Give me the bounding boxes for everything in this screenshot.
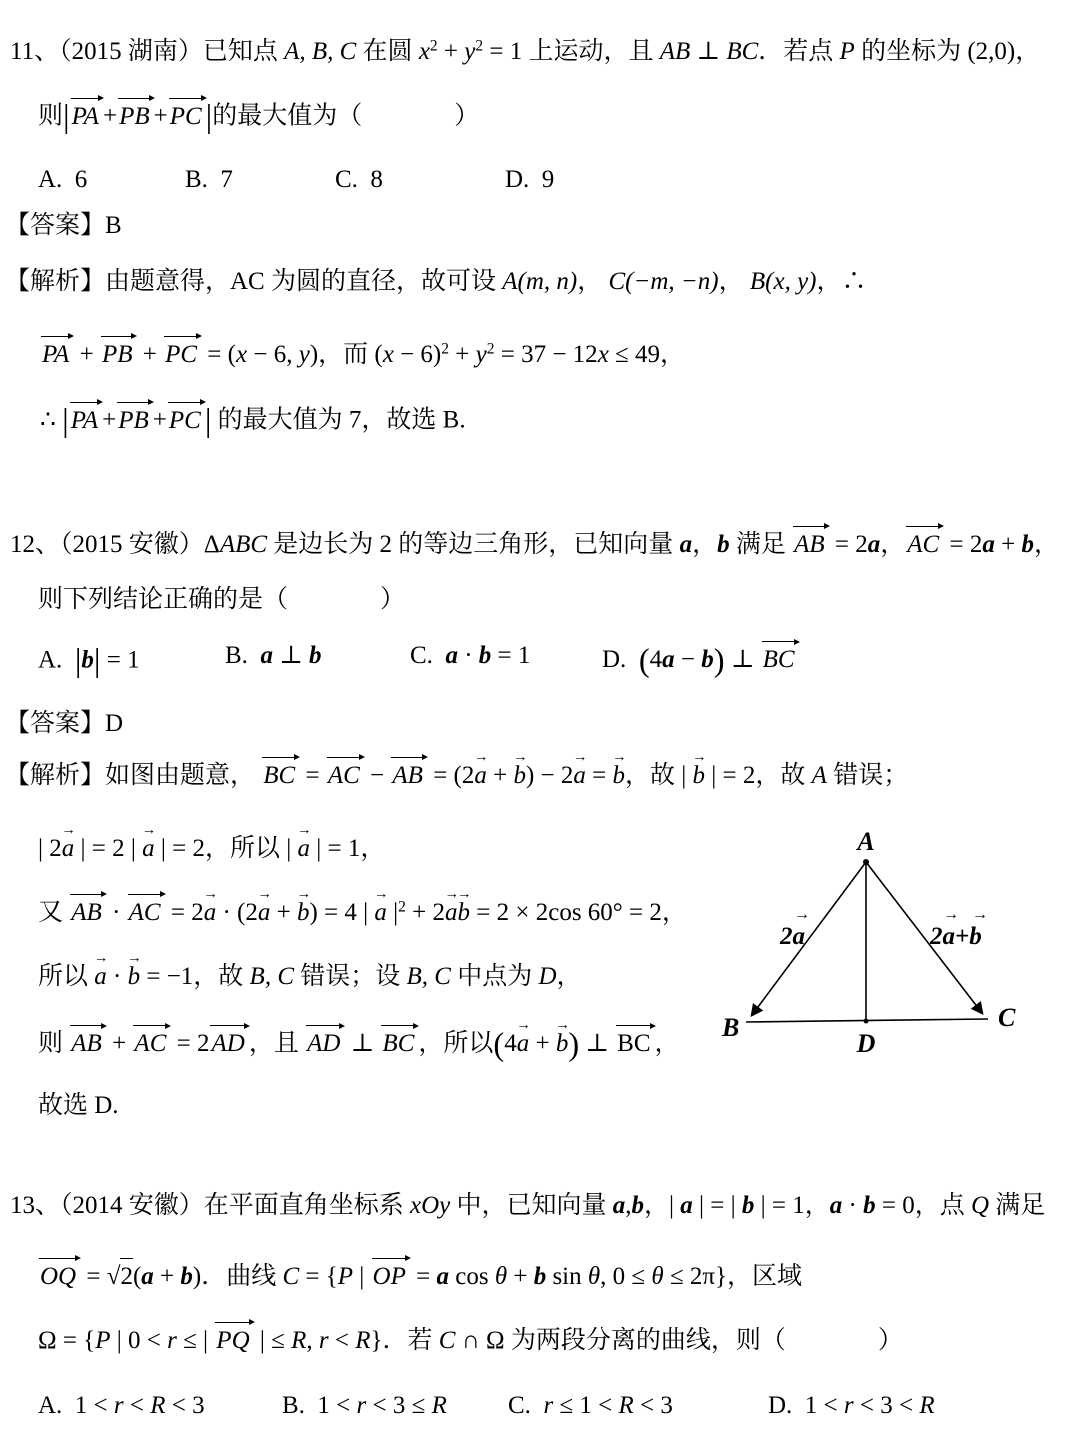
math-token: a bbox=[982, 531, 995, 558]
math-token: }．若 bbox=[371, 1327, 439, 1354]
math-token: ) − 2 bbox=[526, 762, 573, 789]
math-token: D bbox=[538, 963, 556, 990]
math-token: = 37 − 12 bbox=[494, 341, 597, 368]
math-token: , bbox=[306, 1327, 319, 1354]
math-token: D. bbox=[602, 646, 639, 673]
math-token: + bbox=[136, 341, 163, 368]
math-token: A, B, C bbox=[284, 38, 356, 65]
math-token: = 1 上运动，且 bbox=[483, 38, 660, 65]
math-token: )．曲线 bbox=[193, 1263, 283, 1290]
vector-variable: b→ bbox=[458, 894, 471, 930]
math-token: 2 bbox=[120, 1258, 133, 1294]
math-token: a bbox=[662, 646, 675, 673]
math-token: a bbox=[680, 1192, 693, 1219]
math-token: 2 bbox=[441, 340, 449, 357]
math-token: ⊥ bbox=[690, 38, 726, 65]
math-token: = bbox=[299, 762, 326, 789]
math-token: + bbox=[438, 38, 465, 65]
math-token: AC bbox=[327, 757, 364, 793]
math-token: PC bbox=[164, 336, 201, 372]
math-token: ） bbox=[380, 586, 405, 613]
p11-option-b: B. 7 bbox=[185, 164, 233, 197]
vector-variable: a→ bbox=[297, 830, 310, 866]
math-token: x bbox=[383, 341, 394, 368]
vector-arrow-icon: → bbox=[374, 887, 389, 902]
math-token: ，所以 bbox=[418, 1030, 493, 1057]
math-token: C(−m, −n) bbox=[608, 268, 718, 295]
math-token: ∴ bbox=[40, 407, 62, 434]
p11-option-d: D. 9 bbox=[505, 164, 554, 197]
math-token: P bbox=[338, 1263, 353, 1290]
math-token: | ≤ bbox=[254, 1327, 291, 1354]
math-token: B. 1 < bbox=[282, 1392, 357, 1419]
math-token: | = | bbox=[693, 1192, 742, 1219]
math-token: R bbox=[291, 1327, 306, 1354]
math-token: D. 9 bbox=[505, 166, 554, 193]
math-token: PA bbox=[70, 402, 102, 438]
math-token: + bbox=[153, 407, 167, 434]
math-token: ，| bbox=[644, 1192, 680, 1219]
vector-variable: b→ bbox=[128, 958, 141, 994]
math-token: r bbox=[844, 1392, 854, 1419]
edge-ac-label: 2a+b bbox=[929, 923, 982, 950]
math-token: B(x, y) bbox=[750, 268, 817, 295]
p12-option-b: B. a ⊥ b bbox=[225, 640, 321, 673]
math-token: + bbox=[73, 341, 100, 368]
math-token: · bbox=[106, 899, 127, 926]
math-token: = 2 bbox=[170, 1030, 209, 1057]
math-token: 2 bbox=[430, 37, 438, 54]
math-token: = 0，点 bbox=[876, 1192, 971, 1219]
math-token: ，∴ bbox=[817, 268, 867, 295]
math-token: · (2 bbox=[216, 899, 258, 926]
math-token: | bbox=[94, 643, 101, 679]
math-token: = ( bbox=[201, 341, 236, 368]
math-token: + bbox=[106, 1030, 133, 1057]
p11-explanation-line-3: ∴ |PA+PB+PC| 的最大值为 7，故选 B. bbox=[40, 400, 466, 443]
math-token: θ bbox=[651, 1263, 663, 1290]
math-token: B. 7 bbox=[185, 166, 233, 193]
vector-variable: b→ bbox=[513, 757, 526, 793]
p13-option-a: A. 1 < r < R < 3 bbox=[38, 1390, 205, 1423]
math-token: ∩ Ω 为两段分离的曲线，则（ bbox=[455, 1327, 785, 1354]
math-token: PB bbox=[118, 98, 154, 134]
math-token: ⊥ bbox=[725, 646, 761, 673]
math-token: 12、（2015 安徽）Δ bbox=[10, 531, 220, 558]
math-token: = 2 bbox=[165, 899, 204, 926]
math-token: ( bbox=[493, 1027, 504, 1063]
vector-variable: b→ bbox=[613, 757, 626, 793]
math-token: sin bbox=[546, 1263, 588, 1290]
vector-variable: a→ bbox=[517, 1025, 530, 1061]
math-token: + bbox=[529, 1030, 556, 1057]
math-token: 满足 bbox=[730, 531, 793, 558]
math-token: 2 bbox=[475, 37, 483, 54]
math-token: | bbox=[63, 99, 70, 135]
math-token: ABC bbox=[220, 531, 267, 558]
math-token: b bbox=[479, 642, 492, 669]
math-token: r bbox=[114, 1392, 124, 1419]
math-token: | bbox=[353, 1263, 371, 1290]
math-token: | = 2 | bbox=[74, 835, 142, 862]
math-token: b bbox=[717, 531, 730, 558]
math-token: AB bbox=[793, 526, 829, 562]
math-token: ≤ | bbox=[177, 1327, 214, 1354]
math-token: BC bbox=[616, 1025, 654, 1061]
math-token: cos bbox=[449, 1263, 495, 1290]
math-token: = 2 bbox=[829, 531, 868, 558]
math-token: AC bbox=[128, 894, 165, 930]
math-token: ) = 4 | bbox=[309, 899, 374, 926]
math-token: b bbox=[701, 646, 714, 673]
math-token: OQ bbox=[39, 1258, 80, 1294]
math-token: ⊥ bbox=[344, 1030, 380, 1057]
math-token: b bbox=[180, 1263, 193, 1290]
math-token: = 1 bbox=[101, 647, 140, 674]
midpoint-d-dot bbox=[864, 1019, 869, 1024]
math-token: + 2 bbox=[406, 899, 445, 926]
vector-variable: b→ bbox=[693, 757, 706, 793]
math-token: = √ bbox=[80, 1263, 120, 1290]
math-token: A bbox=[812, 762, 827, 789]
vertex-a-label: A bbox=[855, 827, 874, 856]
p12-explanation-line-6: 故选 D. bbox=[38, 1090, 119, 1123]
math-token: A. 6 bbox=[38, 166, 87, 193]
math-token: xOy bbox=[410, 1192, 450, 1219]
math-token: 的最大值为 7，故选 B. bbox=[211, 407, 465, 434]
math-token: 的坐标为 (2,0)， bbox=[855, 38, 1040, 65]
math-token: P bbox=[95, 1327, 110, 1354]
math-token: AB bbox=[660, 38, 691, 65]
math-token: A. 1 < bbox=[38, 1392, 114, 1419]
math-token: 2 bbox=[398, 898, 406, 915]
math-token: PB bbox=[117, 402, 153, 438]
math-token: + bbox=[154, 103, 168, 130]
vector-variable: a→ bbox=[474, 757, 487, 793]
math-token: AB bbox=[70, 894, 106, 930]
math-token: = −1，故 bbox=[140, 963, 249, 990]
math-token: < bbox=[329, 1327, 356, 1354]
p12-explanation-line-5: 则 AB + AC = 2AD，且 AD ⊥ BC，所以(4a→ + b→) ⊥… bbox=[38, 1024, 680, 1066]
math-token: < 3 ≤ bbox=[366, 1392, 431, 1419]
math-token: ，且 bbox=[249, 1030, 305, 1057]
p12-explanation-line-1: 【解析】如图由题意， BC = AC − AB = (2a→ + b→) − 2… bbox=[5, 757, 908, 793]
math-token: ≤ 1 < bbox=[553, 1392, 618, 1419]
math-token: = (2 bbox=[427, 762, 474, 789]
vector-arrow-icon: → bbox=[612, 750, 627, 765]
math-token: < 3 bbox=[634, 1392, 673, 1419]
math-token: + bbox=[507, 1263, 534, 1290]
math-token: b bbox=[863, 1192, 876, 1219]
math-token: BC bbox=[262, 757, 299, 793]
math-token: 是边长为 2 的等边三角形，已知向量 bbox=[267, 531, 680, 558]
math-token: ) bbox=[714, 643, 725, 679]
p13-statement-line-2: OQ = √2(a + b)．曲线 C = {P | OP = a cos θ … bbox=[38, 1258, 802, 1294]
math-token: 满足 bbox=[989, 1192, 1045, 1219]
math-token: 【答案】D bbox=[5, 710, 123, 737]
math-token: + bbox=[270, 899, 297, 926]
math-token: θ bbox=[588, 1263, 600, 1290]
math-token: B. bbox=[225, 642, 260, 669]
p13-statement-line-1: 13、（2014 安徽）在平面直角坐标系 xOy 中，已知向量 a,b，| a … bbox=[10, 1190, 1045, 1223]
math-token: | = 1， bbox=[754, 1192, 829, 1219]
p11-option-a: A. 6 bbox=[38, 164, 87, 197]
vector-variable: a→ bbox=[62, 830, 75, 866]
math-token: · bbox=[107, 963, 128, 990]
math-token: a bbox=[680, 531, 693, 558]
math-token: + bbox=[487, 762, 514, 789]
math-token: AB bbox=[70, 1025, 106, 1061]
p12-option-c: C. a · b = 1 bbox=[410, 640, 530, 673]
math-token: ，故 | bbox=[625, 762, 693, 789]
math-token: r bbox=[167, 1327, 177, 1354]
math-token: PC bbox=[169, 98, 206, 134]
p13-statement-line-3: Ω = {P | 0 < r ≤ | PQ | ≤ R, r < R}．若 C … bbox=[38, 1322, 903, 1358]
math-token: PA bbox=[71, 98, 103, 134]
math-token: r bbox=[357, 1392, 367, 1419]
math-token: 4 bbox=[650, 646, 663, 673]
math-token: 的最大值为（ bbox=[212, 103, 362, 130]
math-token: AC bbox=[906, 526, 943, 562]
math-token: a bbox=[868, 531, 881, 558]
p13-option-d: D. 1 < r < 3 < R bbox=[768, 1390, 935, 1423]
math-token: = bbox=[410, 1263, 437, 1290]
math-token: AD bbox=[306, 1025, 344, 1061]
math-token: a bbox=[260, 642, 273, 669]
math-token: b bbox=[309, 642, 322, 669]
p11-option-c: C. 8 bbox=[335, 164, 383, 197]
math-token: R bbox=[355, 1327, 370, 1354]
math-token: 则下列结论正确的是（ bbox=[38, 586, 288, 613]
math-token: b bbox=[1021, 531, 1034, 558]
math-token: 4 bbox=[504, 1030, 517, 1057]
math-token: C bbox=[282, 1263, 299, 1290]
math-token: | 2 bbox=[38, 835, 62, 862]
p12-statement-line-2: 则下列结论正确的是（） bbox=[38, 584, 405, 617]
math-token: R bbox=[150, 1392, 165, 1419]
math-token: a bbox=[445, 642, 458, 669]
math-token: = bbox=[586, 762, 613, 789]
math-token: < 3 bbox=[166, 1392, 205, 1419]
math-token: C. bbox=[508, 1392, 543, 1419]
math-token: C. 8 bbox=[335, 166, 383, 193]
vector-variable: a→ bbox=[94, 958, 107, 994]
vector-arrow-icon: → bbox=[972, 906, 988, 923]
vertex-a-dot bbox=[863, 859, 869, 865]
math-token: R bbox=[432, 1392, 447, 1419]
math-token: < bbox=[124, 1392, 151, 1419]
math-token: 在圆 bbox=[356, 38, 419, 65]
math-token: 错误；设 bbox=[294, 963, 407, 990]
edge-ab-label: 2a bbox=[779, 923, 805, 950]
math-token: a bbox=[436, 1263, 449, 1290]
math-token: | = 1， bbox=[310, 835, 385, 862]
math-token: + bbox=[103, 103, 117, 130]
math-token: | = 2，所以 | bbox=[155, 835, 298, 862]
math-token: y bbox=[464, 38, 475, 65]
math-token: ．若点 bbox=[758, 38, 839, 65]
vector-variable: a→ bbox=[258, 894, 271, 930]
vector-arrow-icon: → bbox=[516, 1018, 531, 1033]
math-token: a bbox=[613, 1192, 626, 1219]
math-token: = 1 bbox=[491, 642, 530, 669]
math-token: D. 1 < bbox=[768, 1392, 844, 1419]
math-token: b bbox=[534, 1263, 547, 1290]
math-token: B, C bbox=[407, 963, 451, 990]
math-token: r bbox=[319, 1327, 329, 1354]
vector-variable: b→ bbox=[297, 894, 310, 930]
vector-variable: a→ bbox=[573, 757, 586, 793]
math-token: ， bbox=[577, 268, 608, 295]
math-token: Ω = { bbox=[38, 1327, 95, 1354]
vector-variable: a→ bbox=[142, 830, 155, 866]
math-token: AD bbox=[210, 1025, 248, 1061]
math-token: 中点为 bbox=[451, 963, 539, 990]
math-token: BC bbox=[762, 641, 799, 677]
math-token: ≤ 2π}，区域 bbox=[664, 1263, 802, 1290]
vector-arrow-icon: → bbox=[513, 750, 528, 765]
math-token: r bbox=[543, 1392, 553, 1419]
p12-answer: 【答案】D bbox=[5, 708, 123, 741]
math-token: a bbox=[830, 1192, 843, 1219]
math-token: ， bbox=[880, 531, 905, 558]
math-token: b bbox=[742, 1192, 755, 1219]
math-token: 所以 bbox=[38, 963, 94, 990]
math-token: Q bbox=[971, 1192, 989, 1219]
math-token: PA bbox=[41, 336, 73, 372]
math-token: | bbox=[387, 899, 398, 926]
math-token: ， bbox=[655, 1030, 680, 1057]
math-token: AC bbox=[133, 1025, 170, 1061]
vector-arrow-icon: → bbox=[61, 823, 76, 838]
math-token: + bbox=[449, 341, 476, 368]
vector-arrow-icon: → bbox=[943, 906, 959, 923]
p12-explanation-line-2: | 2a→ | = 2 | a→ | = 2，所以 | a→ | = 1， bbox=[38, 830, 385, 866]
math-token: B, C bbox=[250, 963, 294, 990]
triangle-side-ab bbox=[752, 862, 866, 1015]
math-token: ， bbox=[557, 963, 582, 990]
vector-arrow-icon: → bbox=[297, 823, 312, 838]
math-token: x bbox=[419, 38, 430, 65]
vector-variable: a→ bbox=[374, 894, 387, 930]
math-token: x bbox=[598, 341, 609, 368]
math-token: PB bbox=[101, 336, 137, 372]
math-token: = 2 bbox=[943, 531, 982, 558]
p11-statement-line-2: 则|PA+PB+PC|的最大值为（） bbox=[38, 96, 479, 139]
p12-statement-line-1: 12、（2015 安徽）ΔABC 是边长为 2 的等边三角形，已知向量 a，b … bbox=[10, 526, 1059, 562]
vector-arrow-icon: → bbox=[94, 951, 109, 966]
vector-arrow-icon: → bbox=[692, 750, 707, 765]
math-token: ≤ 49， bbox=[609, 341, 685, 368]
math-token: < 3 < bbox=[854, 1392, 920, 1419]
math-token: C bbox=[439, 1327, 456, 1354]
vector-arrow-icon: → bbox=[794, 906, 810, 923]
vector-variable: a→ bbox=[204, 894, 217, 930]
math-token: 【答案】B bbox=[5, 212, 122, 239]
p12-explanation-line-3: 又 AB · AC = 2a→ · (2a→ + b→) = 4 | a→ |2… bbox=[38, 894, 687, 930]
math-token: + bbox=[154, 1263, 181, 1290]
math-token: 中，已知向量 bbox=[450, 1192, 613, 1219]
vector-arrow-icon: → bbox=[297, 887, 312, 902]
math-token: 则 bbox=[38, 103, 63, 130]
p11-statement-line-1: 11、（2015 湖南）已知点 A, B, C 在圆 x2 + y2 = 1 上… bbox=[10, 36, 1040, 69]
p11-answer: 【答案】B bbox=[5, 210, 122, 243]
math-token: ， bbox=[1034, 531, 1059, 558]
vector-arrow-icon: → bbox=[474, 750, 489, 765]
math-token: 又 bbox=[38, 899, 69, 926]
math-token: BC bbox=[726, 38, 758, 65]
math-token: b bbox=[81, 647, 94, 674]
math-token: y bbox=[299, 341, 310, 368]
p13-option-b: B. 1 < r < 3 ≤ R bbox=[282, 1390, 447, 1423]
p13-option-c: C. r ≤ 1 < R < 3 bbox=[508, 1390, 673, 1423]
math-token: OP bbox=[372, 1258, 410, 1294]
document-page: A B C D 2a → 2a+b → → 11、（2015 湖南）已知点 A,… bbox=[0, 0, 1071, 1437]
math-token: 【解析】由题意得，AC 为圆的直径，故可设 bbox=[5, 268, 502, 295]
vector-variable: b→ bbox=[556, 1025, 569, 1061]
vector-variable: a→ bbox=[445, 894, 458, 930]
math-token: R bbox=[619, 1392, 634, 1419]
math-token: | = 2，故 bbox=[705, 762, 812, 789]
midpoint-d-label: D bbox=[856, 1029, 876, 1058]
math-token: = { bbox=[299, 1263, 338, 1290]
math-token: a bbox=[141, 1263, 154, 1290]
math-token: + bbox=[102, 407, 116, 434]
p11-explanation-line-1: 【解析】由题意得，AC 为圆的直径，故可设 A(m, n)， C(−m, −n)… bbox=[5, 266, 867, 299]
vector-arrow-icon: → bbox=[142, 823, 157, 838]
math-token: )，而 ( bbox=[310, 341, 383, 368]
math-token: ( bbox=[639, 643, 650, 679]
math-token: A(m, n) bbox=[502, 268, 577, 295]
math-token: ， bbox=[719, 268, 750, 295]
math-token: − 6, bbox=[247, 341, 299, 368]
math-token: = 2 × 2cos 60° = 2， bbox=[470, 899, 687, 926]
math-token: PQ bbox=[215, 1322, 253, 1358]
math-token: 错误； bbox=[827, 762, 908, 789]
math-token: ） bbox=[454, 103, 479, 130]
triangle-diagram: A B C D 2a → 2a+b → → bbox=[692, 826, 1022, 1066]
math-token: 11、（2015 湖南）已知点 bbox=[10, 38, 284, 65]
math-token: P bbox=[840, 38, 855, 65]
math-token: R bbox=[919, 1392, 934, 1419]
math-token: BC bbox=[381, 1025, 418, 1061]
math-token: + bbox=[995, 531, 1022, 558]
math-token: C. bbox=[410, 642, 445, 669]
math-token: ⊥ bbox=[273, 642, 309, 669]
triangle-figure: A B C D 2a → 2a+b → → bbox=[692, 826, 1022, 1066]
vertex-c-label: C bbox=[998, 1003, 1016, 1032]
vector-arrow-icon: → bbox=[127, 951, 142, 966]
math-token: · bbox=[842, 1192, 863, 1219]
math-token: ， bbox=[692, 531, 717, 558]
math-token: x bbox=[236, 341, 247, 368]
math-token: PC bbox=[168, 402, 205, 438]
math-token: b bbox=[632, 1192, 645, 1219]
vertex-b-label: B bbox=[721, 1013, 739, 1042]
math-token: − bbox=[364, 762, 391, 789]
math-token: | bbox=[62, 403, 69, 439]
math-token: y bbox=[476, 341, 487, 368]
math-token: − bbox=[675, 646, 702, 673]
math-token: 故选 D. bbox=[38, 1092, 119, 1119]
vector-arrow-icon: → bbox=[203, 887, 218, 902]
vector-arrow-icon: → bbox=[573, 750, 588, 765]
math-token: · bbox=[458, 642, 479, 669]
math-token: − 6) bbox=[394, 341, 441, 368]
vector-arrow-icon: → bbox=[257, 887, 272, 902]
math-token: 【解析】如图由题意， bbox=[5, 762, 261, 789]
math-token: 13、（2014 安徽）在平面直角坐标系 bbox=[10, 1192, 410, 1219]
